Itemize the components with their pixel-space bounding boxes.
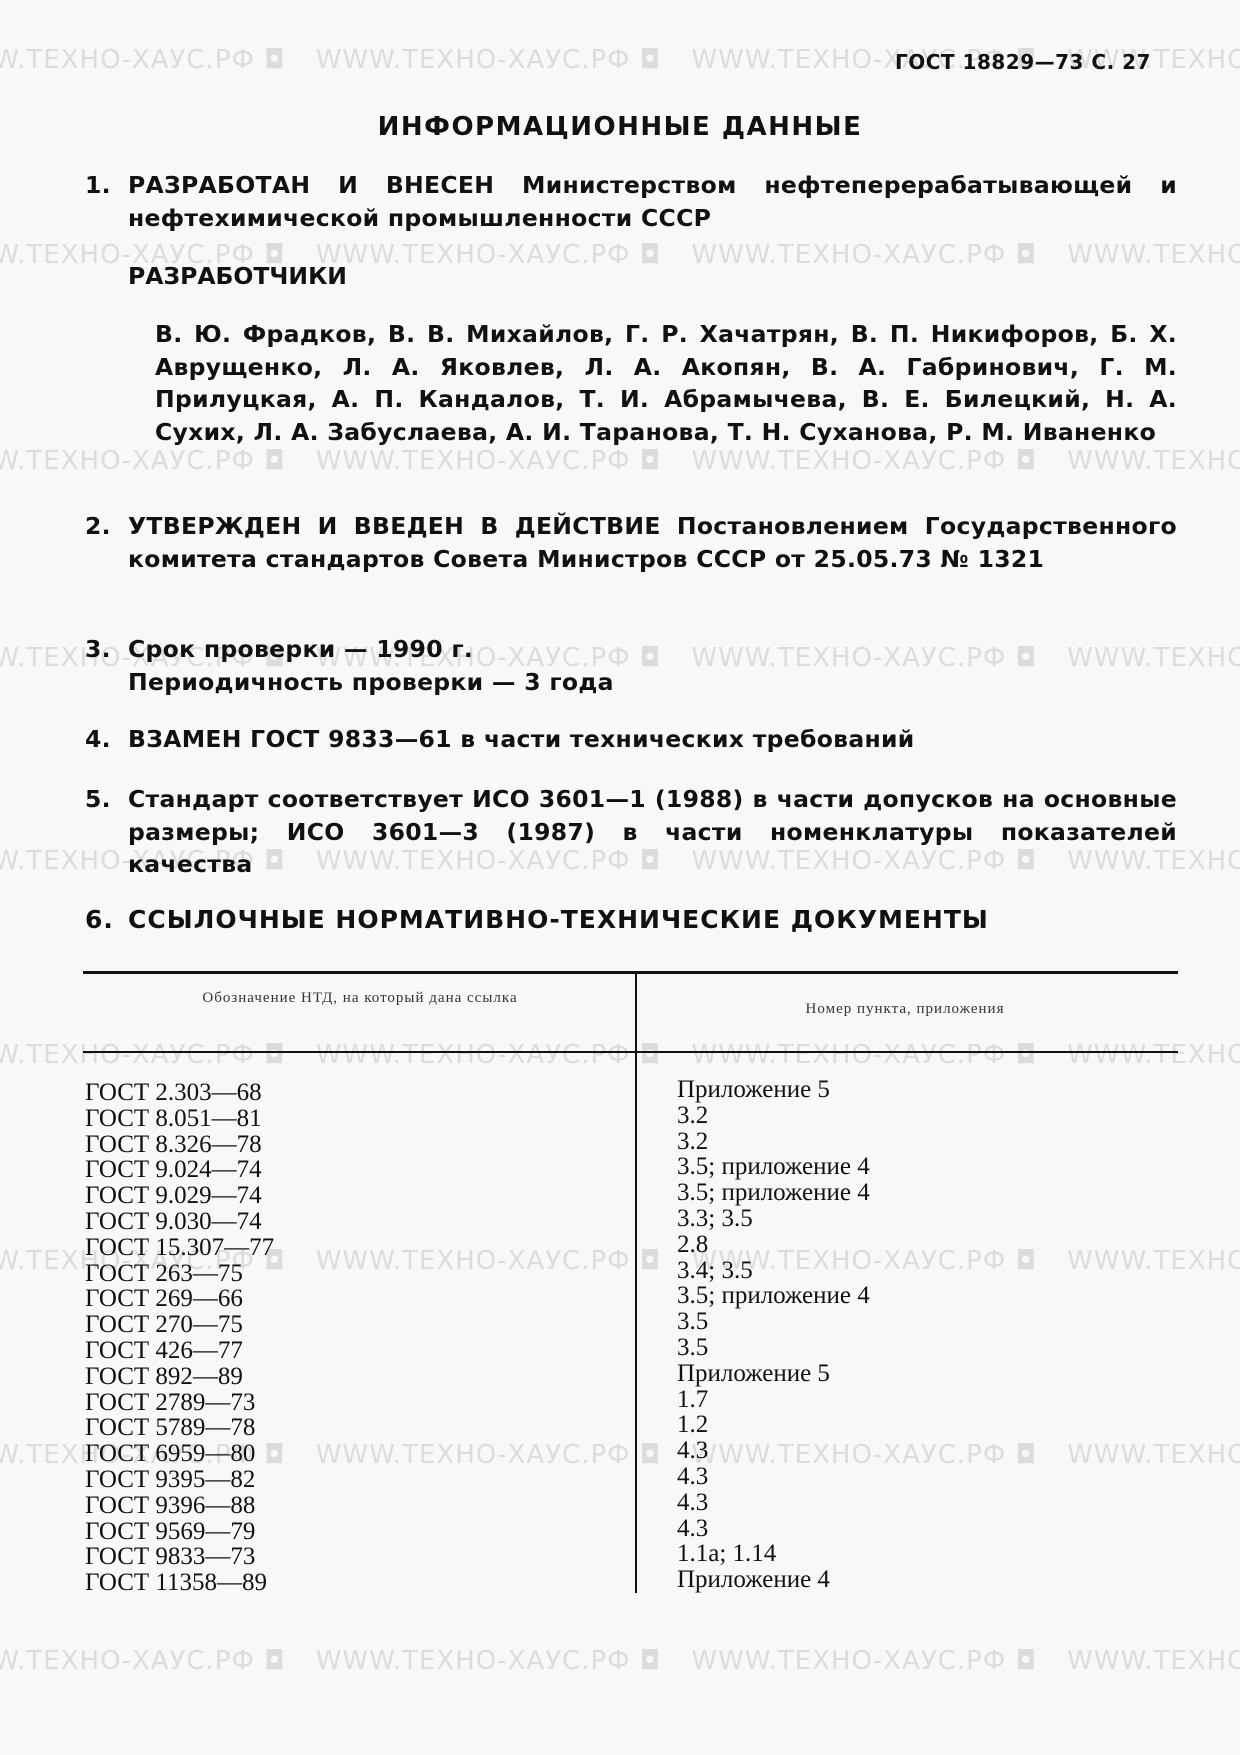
developers-label: РАЗРАБОТЧИКИ <box>128 262 347 290</box>
table-cell-clause: 3.2 <box>677 1129 870 1155</box>
table-cell-clause: 4.3 <box>677 1438 870 1464</box>
table-cell-clause: 2.8 <box>677 1232 870 1258</box>
table-cell-designation: ГОСТ 9569—79 <box>85 1519 274 1545</box>
table-cell-clause: 3.5 <box>677 1309 870 1335</box>
table-cell-designation: ГОСТ 9.029—74 <box>85 1183 274 1209</box>
table-cell-designation: ГОСТ 8.326—78 <box>85 1132 274 1158</box>
watermark-text: WWW.ТЕХНО-ХАУС.РФ ◘ <box>316 1040 662 1070</box>
table-cell-clause: 3.5; приложение 4 <box>677 1283 870 1309</box>
table-column-clause: Приложение 53.23.23.5; приложение 43.5; … <box>677 1077 870 1593</box>
table-cell-designation: ГОСТ 2789—73 <box>85 1390 274 1416</box>
section-3: 3. Срок проверки — 1990 г.Периодичность … <box>85 633 1177 698</box>
watermark-text: WWW.ТЕХНО-ХАУС.РФ ◘ <box>316 240 662 270</box>
watermark-text: WWW.ТЕХНО-ХАУС.РФ ◘ <box>691 446 1037 476</box>
section-2: 2. УТВЕРЖДЕН И ВВЕДЕН В ДЕЙСТВИЕ Постано… <box>85 510 1177 575</box>
page-title: ИНФОРМАЦИОННЫЕ ДАННЫЕ <box>0 112 1240 142</box>
watermark-text: WWW.ТЕХНО-ХАУС.РФ ◘ <box>1067 1440 1240 1470</box>
watermark-text: WWW.ТЕХНО-ХАУС.РФ ◘ <box>691 1040 1037 1070</box>
watermark-text: WWW.ТЕХНО-ХАУС.РФ ◘ <box>1067 1646 1240 1676</box>
table-cell-designation: ГОСТ 8.051—81 <box>85 1106 274 1132</box>
section-lead: ВЗАМЕН ГОСТ 9833—61 <box>128 725 452 753</box>
watermark-text: WWW.ТЕХНО-ХАУС.РФ ◘ <box>0 1646 286 1676</box>
section-lead: УТВЕРЖДЕН И ВВЕДЕН В ДЕЙСТВИЕ <box>128 512 661 540</box>
table-cell-designation: ГОСТ 892—89 <box>85 1364 274 1390</box>
table-cell-designation: ГОСТ 11358—89 <box>85 1570 274 1596</box>
watermark-text: WWW.ТЕХНО-ХАУС.РФ ◘ <box>691 240 1037 270</box>
watermark-text: WWW.ТЕХНО-ХАУС.РФ ◘ <box>316 1440 662 1470</box>
table-cell-clause: 1.1а; 1.14 <box>677 1541 870 1567</box>
table-cell-clause: 3.3; 3.5 <box>677 1206 870 1232</box>
page-header: ГОСТ 18829—73 С. 27 <box>895 50 1151 74</box>
watermark-text: WWW.ТЕХНО-ХАУС.РФ ◘ <box>316 45 662 75</box>
table-cell-designation: ГОСТ 263—75 <box>85 1261 274 1287</box>
table-cell-clause: Приложение 5 <box>677 1361 870 1387</box>
developers-names: В. Ю. Фрадков, В. В. Михайлов, Г. Р. Хач… <box>155 318 1177 448</box>
watermark-text: WWW.ТЕХНО-ХАУС.РФ ◘ <box>1067 240 1240 270</box>
table-cell-clause: Приложение 4 <box>677 1567 870 1593</box>
table-cell-clause: 1.2 <box>677 1412 870 1438</box>
table-cell-clause: 4.3 <box>677 1464 870 1490</box>
table-column-divider <box>635 973 637 1593</box>
watermark-text: WWW.ТЕХНО-ХАУС.РФ ◘ <box>1067 1246 1240 1276</box>
table-cell-designation: ГОСТ 426—77 <box>85 1338 274 1364</box>
table-cell-designation: ГОСТ 6959—80 <box>85 1441 274 1467</box>
table-cell-clause: 3.2 <box>677 1103 870 1129</box>
section-number: 4. <box>85 723 111 756</box>
section-number: 1. <box>85 169 111 202</box>
watermark-text: WWW.ТЕХНО-ХАУС.РФ ◘ <box>316 446 662 476</box>
section-number: 3. <box>85 633 111 666</box>
table-cell-designation: ГОСТ 269—66 <box>85 1286 274 1312</box>
watermark-text: WWW.ТЕХНО-ХАУС.РФ ◘ <box>691 1646 1037 1676</box>
section-number: 5. <box>85 783 111 816</box>
table-cell-designation: ГОСТ 9396—88 <box>85 1493 274 1519</box>
section-lead: РАЗРАБОТАН И ВНЕСЕН <box>128 171 494 199</box>
table-cell-designation: ГОСТ 9.030—74 <box>85 1209 274 1235</box>
table-header-rule <box>83 1051 1178 1053</box>
section-text: Срок проверки — 1990 г. <box>128 633 1177 666</box>
table-cell-designation: ГОСТ 9395—82 <box>85 1467 274 1493</box>
table-cell-clause: 3.5 <box>677 1335 870 1361</box>
table-cell-designation: ГОСТ 5789—78 <box>85 1415 274 1441</box>
table-column-designation: ГОСТ 2.303—68ГОСТ 8.051—81ГОСТ 8.326—78Г… <box>85 1080 274 1596</box>
watermark-row: WWW.ТЕХНО-ХАУС.РФ ◘WWW.ТЕХНО-ХАУС.РФ ◘WW… <box>0 446 1180 476</box>
watermark-text: WWW.ТЕХНО-ХАУС.РФ ◘ <box>1067 446 1240 476</box>
watermark-text: WWW.ТЕХНО-ХАУС.РФ ◘ <box>316 1246 662 1276</box>
watermark-row: WWW.ТЕХНО-ХАУС.РФ ◘WWW.ТЕХНО-ХАУС.РФ ◘WW… <box>0 1646 1180 1676</box>
table-cell-designation: ГОСТ 9833—73 <box>85 1544 274 1570</box>
table-cell-clause: 3.5; приложение 4 <box>677 1180 870 1206</box>
table-header-designation: Обозначение НТД, на который дана ссылка <box>170 989 550 1007</box>
table-cell-clause: 3.4; 3.5 <box>677 1258 870 1284</box>
table-cell-clause: 3.5; приложение 4 <box>677 1154 870 1180</box>
watermark-row: WWW.ТЕХНО-ХАУС.РФ ◘WWW.ТЕХНО-ХАУС.РФ ◘WW… <box>0 1040 1180 1070</box>
section-6: 6. ССЫЛОЧНЫЕ НОРМАТИВНО-ТЕХНИЧЕСКИЕ ДОКУ… <box>85 904 1177 937</box>
section-4: 4. ВЗАМЕН ГОСТ 9833—61 в части техническ… <box>85 723 1177 756</box>
watermark-text: WWW.ТЕХНО-ХАУС.РФ ◘ <box>0 446 286 476</box>
watermark-text: WWW.ТЕХНО-ХАУС.РФ ◘ <box>0 1040 286 1070</box>
section-text: в части технических требований <box>452 725 915 753</box>
table-cell-designation: ГОСТ 15.307—77 <box>85 1235 274 1261</box>
section-5: 5. Стандарт соответствует ИСО 3601—1 (19… <box>85 783 1177 881</box>
watermark-text: WWW.ТЕХНО-ХАУС.РФ ◘ <box>0 45 286 75</box>
table-cell-clause: 4.3 <box>677 1516 870 1542</box>
table-cell-clause: 1.7 <box>677 1387 870 1413</box>
watermark-text: WWW.ТЕХНО-ХАУС.РФ ◘ <box>1067 1040 1240 1070</box>
table-cell-designation: ГОСТ 9.024—74 <box>85 1157 274 1183</box>
section-lead: ССЫЛОЧНЫЕ НОРМАТИВНО-ТЕХНИЧЕСКИЕ ДОКУМЕН… <box>128 905 989 934</box>
section-1: 1. РАЗРАБОТАН И ВНЕСЕН Министерством неф… <box>85 169 1177 234</box>
section-number: 2. <box>85 510 111 543</box>
watermark-text: WWW.ТЕХНО-ХАУС.РФ ◘ <box>316 1646 662 1676</box>
table-cell-designation: ГОСТ 270—75 <box>85 1312 274 1338</box>
section-number: 6. <box>85 904 114 937</box>
table-cell-clause: Приложение 5 <box>677 1077 870 1103</box>
section-text-2: Периодичность проверки — 3 года <box>128 666 1177 699</box>
table-cell-clause: 4.3 <box>677 1490 870 1516</box>
section-text: Стандарт соответствует ИСО 3601—1 (1988)… <box>128 785 1177 878</box>
table-header-clause: Номер пункта, приложения <box>640 1000 1170 1018</box>
table-top-rule <box>83 971 1178 974</box>
table-cell-designation: ГОСТ 2.303—68 <box>85 1080 274 1106</box>
